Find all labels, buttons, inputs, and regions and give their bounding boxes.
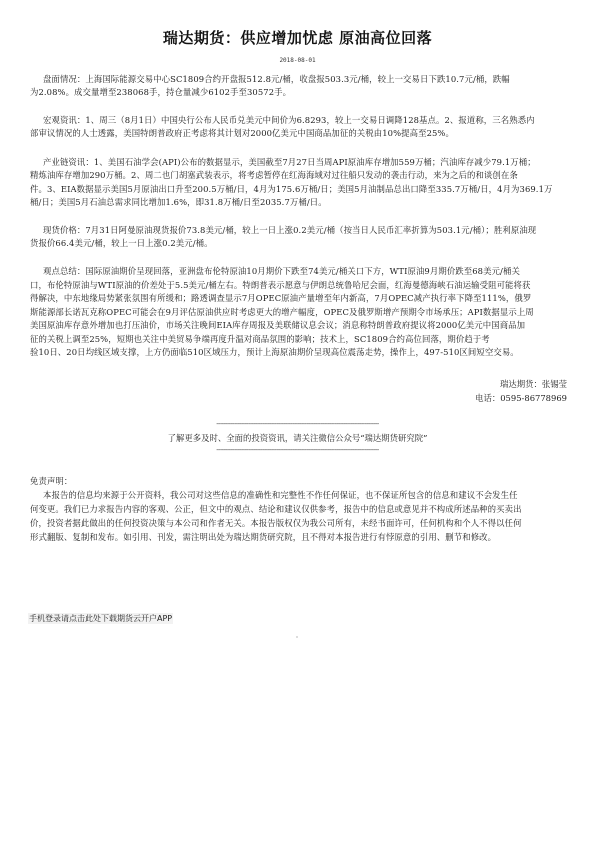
divider-top: ----------------------------------------…	[0, 420, 595, 428]
paragraph-line: 现货价格：7月31日阿曼原油现货报价73.8美元/桶，较上一日上涨0.2美元/桶…	[43, 225, 536, 236]
paragraph-line: 征的关税上调至25%，短期也关注中美贸易争端再度升温对商品氛围的影响；技术上，S…	[30, 334, 490, 345]
paragraph-line: 盘面情况：上海国际能源交易中心SC1809合约开盘报512.8元/桶，收盘报50…	[43, 74, 510, 85]
paragraph-line: 宏观资讯：1、周三（8月1日）中国央行公布人民币兑美元中间价为6.8293，较上…	[43, 115, 535, 126]
disclaimer-line: 本报告的信息均来源于公开资料，我公司对这些信息的准确性和完整性不作任何保证，也不…	[43, 490, 518, 501]
disclaimer-heading: 免责声明：	[30, 476, 72, 487]
paragraph-line: 口，布伦特原油与WTI原油的价差处于5.5美元/桶左右。特朗普表示愿意与伊朗总统…	[30, 280, 530, 291]
paragraph-line: 验10日、20日均线区域支撑，上方仍面临510区域压力，预计上海原油期价呈现高位…	[30, 347, 519, 358]
wechat-notice: 了解更多及时、全面的投资资讯，请关注微信公众号“瑞达期货研究院”	[0, 432, 595, 444]
disclaimer-line: 形式翻版、复制和发布。如引用、刊发，需注明出处为瑞达期货研究院，且不得对本报告进…	[30, 532, 496, 543]
download-app-link[interactable]: 手机登录请点击此处下载期货云开户APP	[28, 613, 173, 624]
paragraph-line: 美国原油库存意外增加也打压油价，市场关注晚间EIA库存周报及美联储议息会议；消息…	[30, 320, 525, 331]
author-signature: 瑞达期货：张锡莹	[500, 378, 567, 390]
document-page: 瑞达期货：供应增加忧虑 原油高位回落 2018-08-01 盘面情况：上海国际能…	[0, 0, 595, 842]
author-phone: 电话：0595-86778969	[475, 392, 567, 404]
disclaimer-line: 何变更。我们已力求报告内容的客观、公正，但文中的观点、结论和建议仅供参考，报告中…	[30, 504, 522, 515]
paragraph-line: 斯能源部长诺瓦克称OPEC可能会在9月评估原油供应时考虑更大的增产幅度，OPEC…	[30, 307, 534, 318]
publish-date: 2018-08-01	[0, 57, 595, 64]
paragraph-line: 产业链资讯：1、美国石油学会(API)公布的数据显示，美国截至7月27日当周AP…	[43, 157, 536, 168]
divider-bottom: ----------------------------------------…	[0, 446, 595, 454]
paragraph-line: 精炼油库存增加290万桶。2、周二也门胡塞武装表示，将考虑暂停在红海海域对过往船…	[30, 170, 518, 181]
paragraph-line: 得解决，中东地缘局势紧张氛围有所缓和；路透调查显示7月OPEC原油产量增至年内新…	[30, 293, 531, 304]
paragraph-line: 桶/日；美国5月石油总需求同比增加1.6%，即31.8万桶/日至2035.7万桶…	[30, 197, 327, 208]
paragraph-line: 货报价66.4美元/桶，较上一日上涨0.2美元/桶。	[30, 238, 213, 249]
page-title: 瑞达期货：供应增加忧虑 原油高位回落	[0, 27, 595, 48]
paragraph-line: 为2.08%。成交量增至238068手，持仓量减少6102手至30572手。	[30, 87, 291, 98]
page-marker	[296, 636, 298, 638]
disclaimer-line: 价，投资者据此做出的任何投资决策与本公司和作者无关。本报告版权仅为我公司所有，未…	[30, 518, 522, 529]
paragraph-line: 观点总结：国际原油期价呈现回落，亚洲盘布伦特原油10月期价下跌至74美元/桶关口…	[43, 266, 520, 277]
paragraph-line: 部审议情况的人士透露，美国特朗普政府正考虑将其计划对2000亿美元中国商品加征的…	[30, 128, 454, 139]
paragraph-line: 件。3、EIA数据显示美国5月原油出口升至200.5万桶/日，4月为175.6万…	[30, 184, 552, 195]
